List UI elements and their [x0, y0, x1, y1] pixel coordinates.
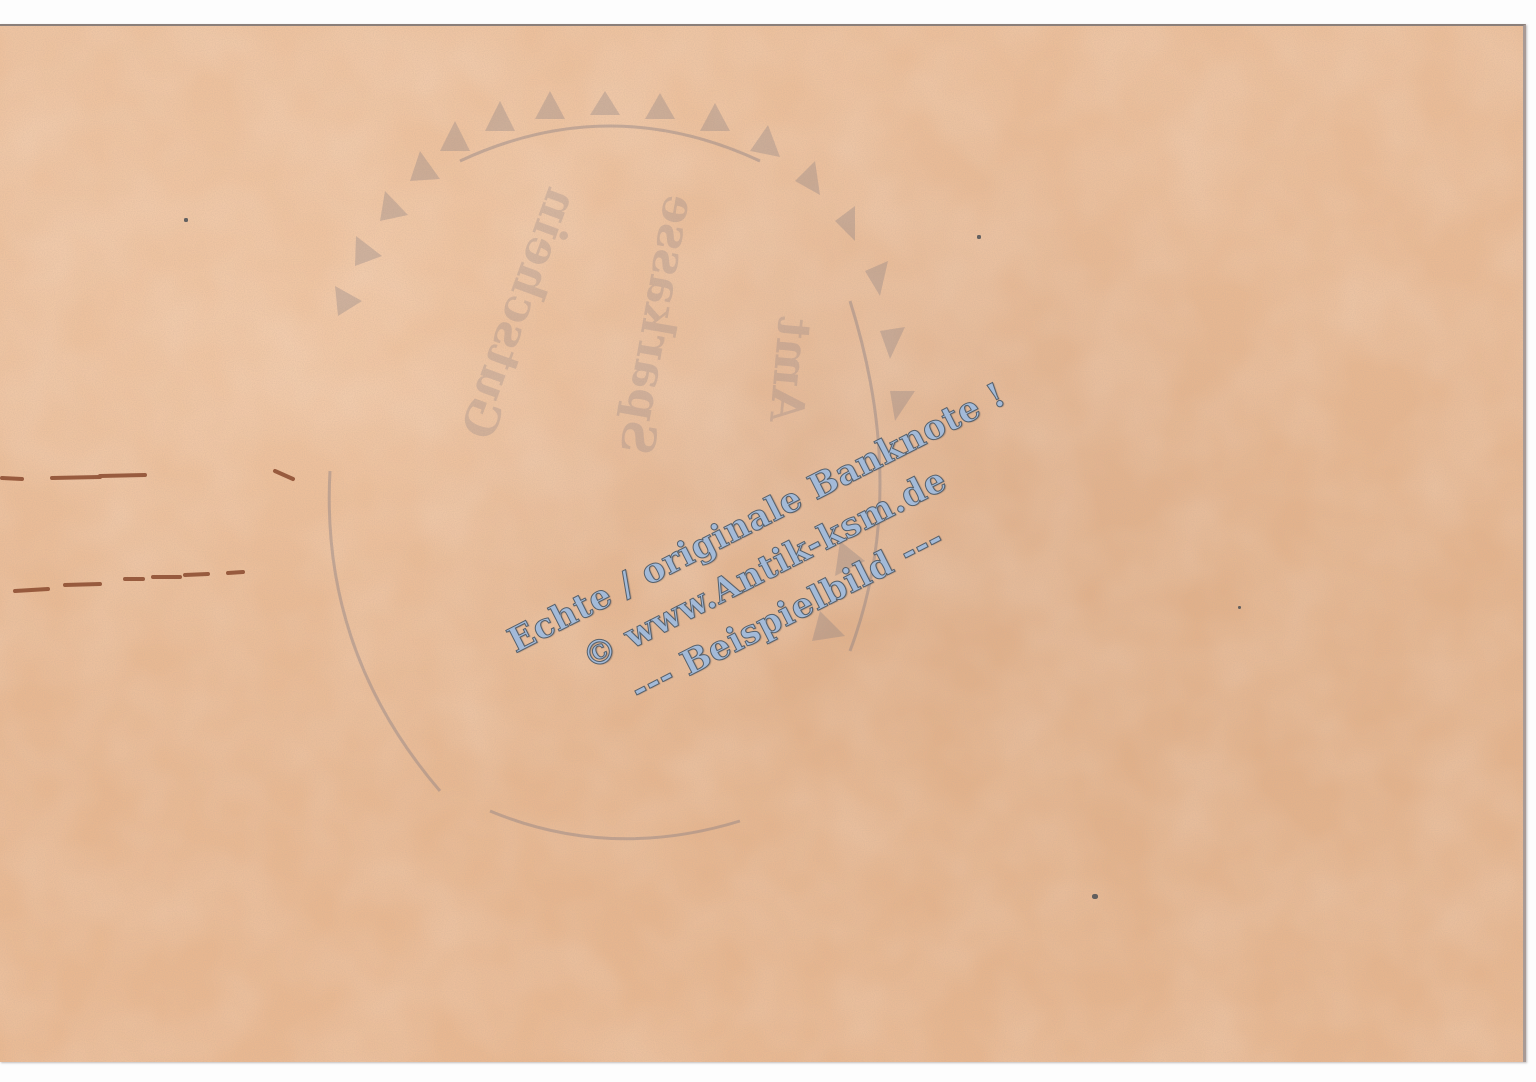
paper-speck [184, 218, 188, 222]
fold-marks [0, 446, 320, 606]
svg-text:Gutschein: Gutschein [450, 181, 590, 445]
svg-text:Amt: Amt [759, 314, 822, 426]
banknote-scan: Gutschein Sparkasse Amt [0, 0, 1536, 1082]
svg-text:Sparkasse: Sparkasse [609, 191, 708, 459]
stamp-showthrough: Gutschein Sparkasse Amt [290, 91, 930, 851]
paper-speck [1238, 606, 1241, 609]
paper-speck [1092, 894, 1098, 899]
banknote-paper: Gutschein Sparkasse Amt [0, 24, 1526, 1062]
paper-speck [977, 235, 981, 239]
